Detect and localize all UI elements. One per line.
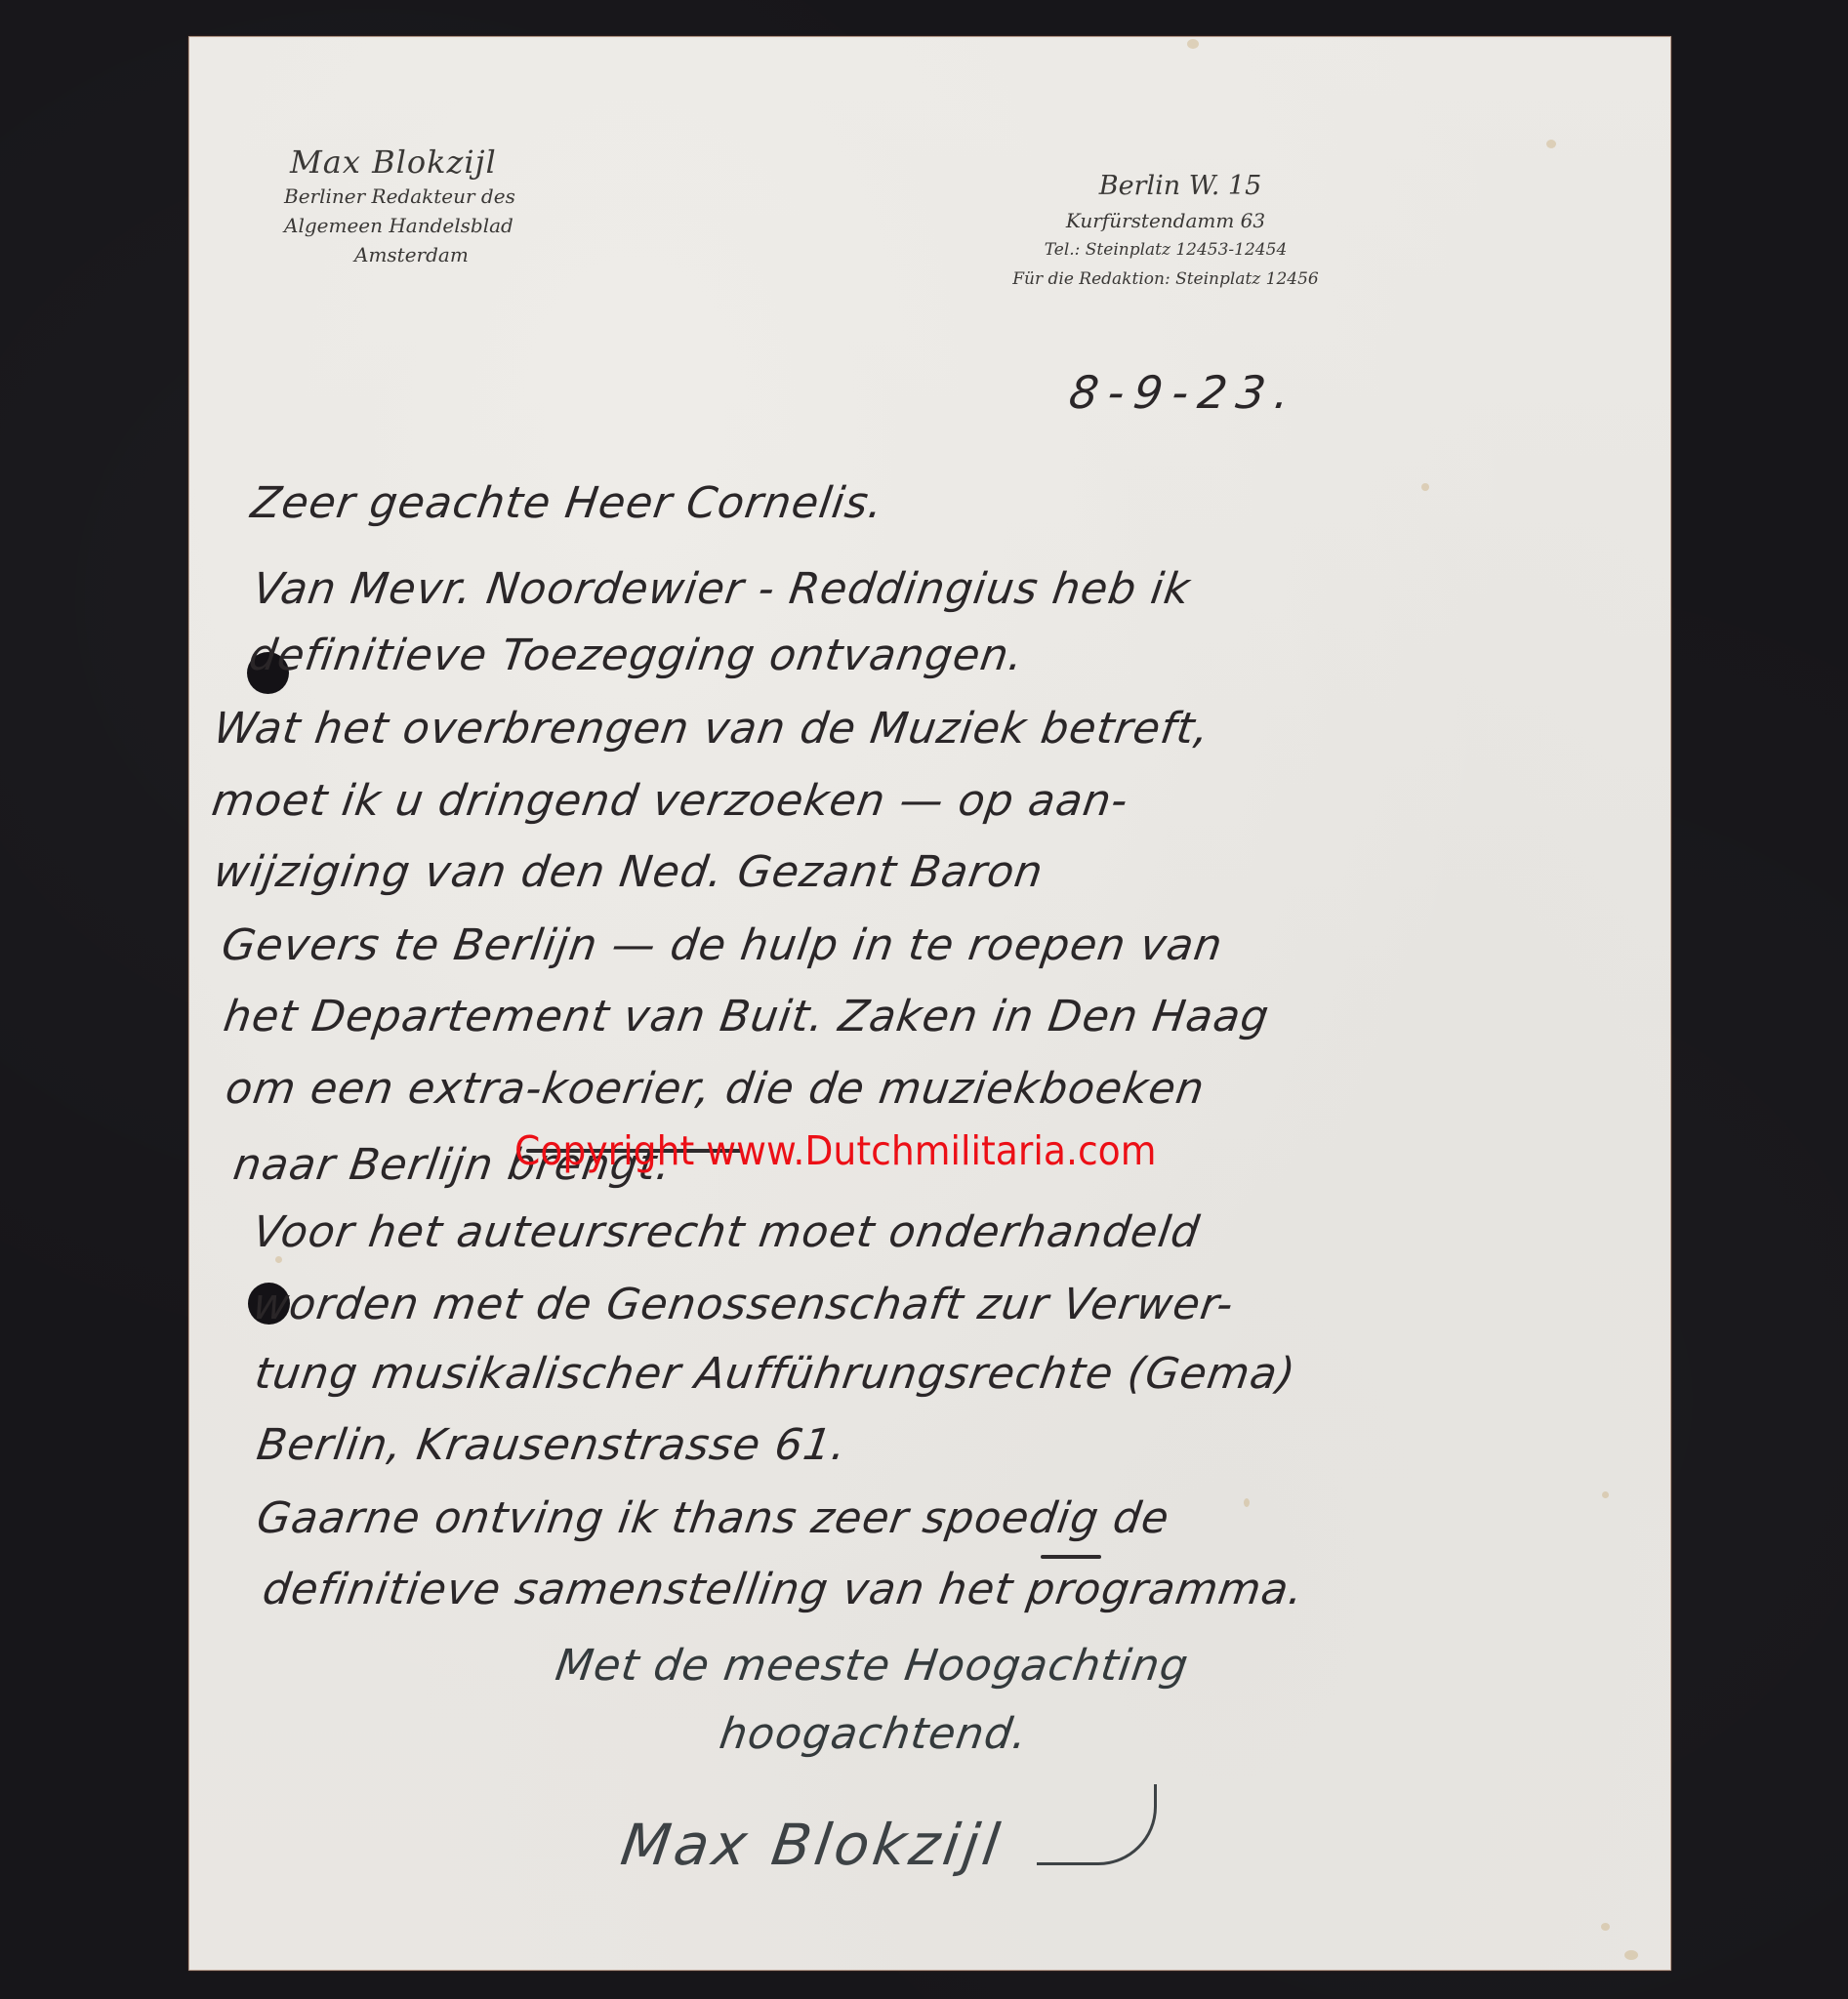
closing-line: Met de meeste Hoogachting xyxy=(553,1641,1192,1691)
address-telephone: Tel.: Steinplatz 12453-12454 xyxy=(951,235,1380,265)
age-spot xyxy=(275,1256,282,1263)
body-line: het Departement van Buit. Zaken in Den H… xyxy=(221,992,1272,1041)
closing-line: hoogachtend. xyxy=(717,1709,1031,1759)
sender-name: Max Blokzijl xyxy=(290,143,577,182)
body-line: om een extra-koerier, die de muziekboeke… xyxy=(223,1064,1208,1114)
body-line: tung musikalischer Aufführungsrechte (Ge… xyxy=(252,1349,1298,1399)
address-street: Kurfürstendamm 63 xyxy=(951,206,1380,235)
body-line: definitieve samenstelling van het progra… xyxy=(260,1565,1307,1614)
age-spot xyxy=(1244,1498,1250,1507)
age-spot xyxy=(1601,1923,1610,1931)
age-spot xyxy=(1546,140,1556,148)
letter-paper: Max Blokzijl Berliner Redakteur des Alge… xyxy=(188,36,1671,1971)
sender-title: Berliner Redakteur des xyxy=(284,182,577,211)
age-spot xyxy=(1602,1491,1609,1498)
letter-date: 8-9-23. xyxy=(1066,366,1302,419)
copyright-watermark: Copyright www.Dutchmilitaria.com xyxy=(514,1127,1157,1174)
letterhead-address: Berlin W. 15 Kurfürstendamm 63 Tel.: Ste… xyxy=(951,167,1380,294)
age-spot xyxy=(1624,1950,1638,1960)
sender-newspaper: Algemeen Handelsblad xyxy=(284,211,577,240)
body-line: Voor het auteursrecht moet onderhandeld xyxy=(250,1207,1203,1257)
salutation: Zeer geachte Heer Cornelis. xyxy=(248,478,886,528)
signature: Max Blokzijl xyxy=(617,1812,1007,1878)
age-spot xyxy=(1421,483,1429,491)
sender-city: Amsterdam xyxy=(284,240,577,269)
body-line: worden met de Genossenschaft zur Verwer- xyxy=(250,1280,1237,1329)
body-line: Wat het overbrengen van de Muziek betref… xyxy=(211,704,1212,754)
underline-zeer xyxy=(1041,1555,1101,1559)
address-city: Berlin W. 15 xyxy=(951,167,1380,206)
signature-flourish xyxy=(1037,1784,1157,1865)
body-line: Van Mevr. Noordewier - Reddingius heb ik xyxy=(250,564,1194,614)
letterhead-sender: Max Blokzijl Berliner Redakteur des Alge… xyxy=(284,143,577,269)
body-line: moet ik u dringend verzoeken — op aan- xyxy=(209,776,1131,826)
body-line: definitieve Toezegging ontvangen. xyxy=(246,631,1027,680)
body-line: wijziging van den Ned. Gezant Baron xyxy=(211,847,1047,897)
address-editorial-phone: Für die Redaktion: Steinplatz 12456 xyxy=(951,265,1380,294)
body-line: Berlin, Krausenstrasse 61. xyxy=(254,1420,850,1470)
body-line: Gaarne ontving ik thans zeer spoedig de xyxy=(254,1493,1172,1543)
age-spot xyxy=(1187,39,1199,49)
body-line: Gevers te Berlijn — de hulp in te roepen… xyxy=(219,920,1226,970)
